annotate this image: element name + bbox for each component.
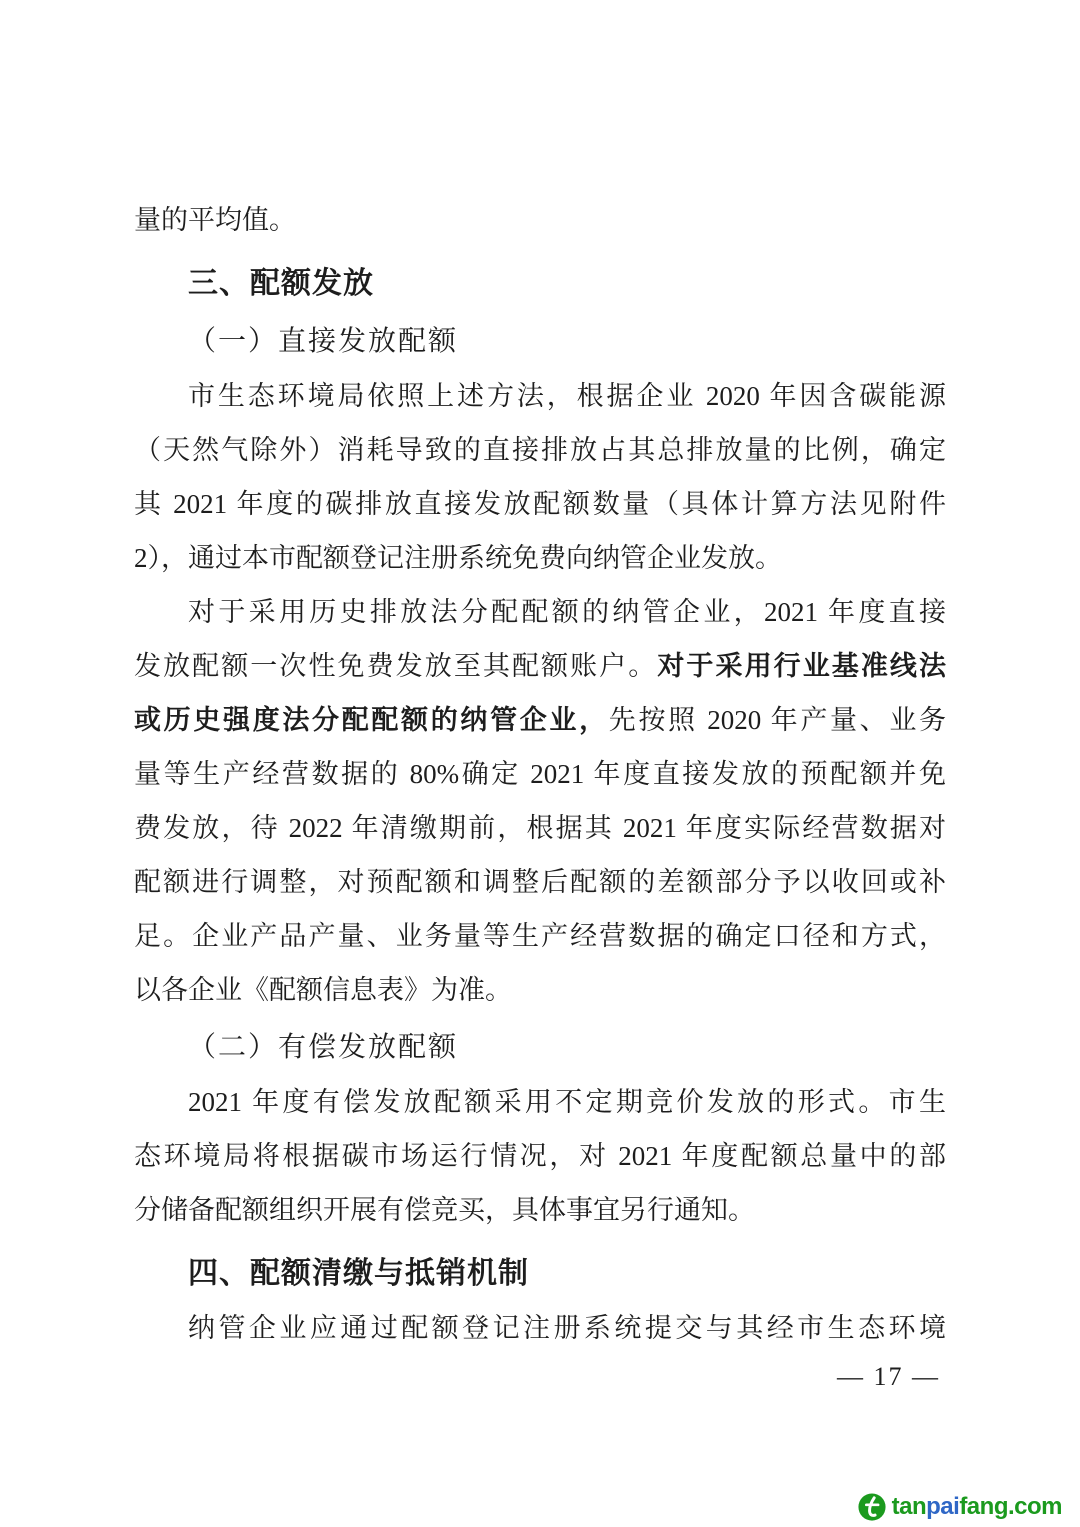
text-line: 对于采用历史排放法分配配额的纳管企业，2021 年度直接 [134,585,946,639]
text-segment: 三、配额发放 [188,267,374,300]
section-heading: 三、配额发放 [134,257,946,311]
text-segment: 以各企业《配额信息表》为准。 [134,975,512,1005]
section-heading: 四、配额清缴与抵销机制 [134,1247,946,1301]
text-segment: 量等生产经营数据的 80%确定 2021 年度直接发放的预配额并免 [134,759,946,789]
text-line: 费发放，待 2022 年清缴期前，根据其 2021 年度实际经营数据对 [134,801,946,855]
text-line: 2021 年度有偿发放配额采用不定期竞价发放的形式。市生 [134,1075,946,1129]
subsection-heading: （二）有偿发放配额 [134,1021,946,1075]
document-lines: 量的平均值。三、配额发放（一）直接发放配额市生态环境局依照上述方法，根据企业 2… [134,193,946,1355]
text-line: 市生态环境局依照上述方法，根据企业 2020 年因含碳能源 [134,369,946,423]
text-line: 发放配额一次性免费发放至其配额账户。对于采用行业基准线法 [134,639,946,693]
text-segment: 2），通过本市配额登记注册系统免费向纳管企业发放。 [134,543,782,573]
text-segment: 费发放，待 2022 年清缴期前，根据其 2021 年度实际经营数据对 [134,813,946,843]
text-line: 足。企业产品产量、业务量等生产经营数据的确定口径和方式， [134,909,946,963]
text-segment: （天然气除外）消耗导致的直接排放占其总排放量的比例，确定 [134,435,946,465]
text-line: 纳管企业应通过配额登记注册系统提交与其经市生态环境 [134,1301,946,1355]
page-number: — 17 — [134,1355,946,1399]
logo-text-tan: tan [892,1493,927,1520]
text-line: 态环境局将根据碳市场运行情况，对 2021 年度配额总量中的部 [134,1129,946,1183]
document-page: 量的平均值。三、配额发放（一）直接发放配额市生态环境局依照上述方法，根据企业 2… [0,0,1080,1527]
document-body: 量的平均值。三、配额发放（一）直接发放配额市生态环境局依照上述方法，根据企业 2… [134,193,946,1399]
text-segment: （二）有偿发放配额 [188,1032,458,1063]
text-segment: 纳管企业应通过配额登记注册系统提交与其经市生态环境 [188,1313,946,1343]
text-segment: 分储备配额组织开展有偿竞买，具体事宜另行通知。 [134,1195,755,1225]
text-segment: 四、配额清缴与抵销机制 [188,1257,529,1290]
text-line: 其 2021 年度的碳排放直接发放配额数量（具体计算方法见附件 [134,477,946,531]
text-line: 分储备配额组织开展有偿竞买，具体事宜另行通知。 [134,1183,946,1237]
subsection-heading: （一）直接发放配额 [134,315,946,369]
site-watermark: tanpaifang.com [858,1493,1062,1521]
text-segment: 配额进行调整，对预配额和调整后配额的差额部分予以收回或补 [134,867,946,897]
text-line: 或历史强度法分配配额的纳管企业，先按照 2020 年产量、业务 [134,693,946,747]
text-segment: 2021 年度有偿发放配额采用不定期竞价发放的形式。市生 [188,1087,946,1117]
text-line: 量等生产经营数据的 80%确定 2021 年度直接发放的预配额并免 [134,747,946,801]
tanpaifang-logo-icon [858,1493,886,1521]
text-line: 以各企业《配额信息表》为准。 [134,963,946,1017]
text-line: 2），通过本市配额登记注册系统免费向纳管企业发放。 [134,531,946,585]
text-segment: （一）直接发放配额 [188,326,458,357]
text-segment: 其 2021 年度的碳排放直接发放配额数量（具体计算方法见附件 [134,489,946,519]
text-segment: 量的平均值。 [134,205,296,235]
text-line: 量的平均值。 [134,193,946,247]
text-line: 配额进行调整，对预配额和调整后配额的差额部分予以收回或补 [134,855,946,909]
text-segment: 足。企业产品产量、业务量等生产经营数据的确定口径和方式， [134,921,946,951]
text-segment: 或历史强度法分配配额的纳管企业， [134,705,609,735]
logo-text-fang: fang.com [959,1493,1062,1520]
text-segment: 市生态环境局依照上述方法，根据企业 2020 年因含碳能源 [188,381,946,411]
text-segment: 发放配额一次性免费发放至其配额账户。 [134,651,657,681]
text-segment: 先按照 2020 年产量、业务 [609,705,946,735]
site-watermark-text: tanpaifang.com [892,1493,1062,1521]
text-line: （天然气除外）消耗导致的直接排放占其总排放量的比例，确定 [134,423,946,477]
text-segment: 对于采用行业基准线法 [657,651,946,681]
text-segment: 对于采用历史排放法分配配额的纳管企业，2021 年度直接 [188,597,946,627]
logo-text-pai: pai [926,1493,959,1520]
text-segment: 态环境局将根据碳市场运行情况，对 2021 年度配额总量中的部 [134,1141,946,1171]
